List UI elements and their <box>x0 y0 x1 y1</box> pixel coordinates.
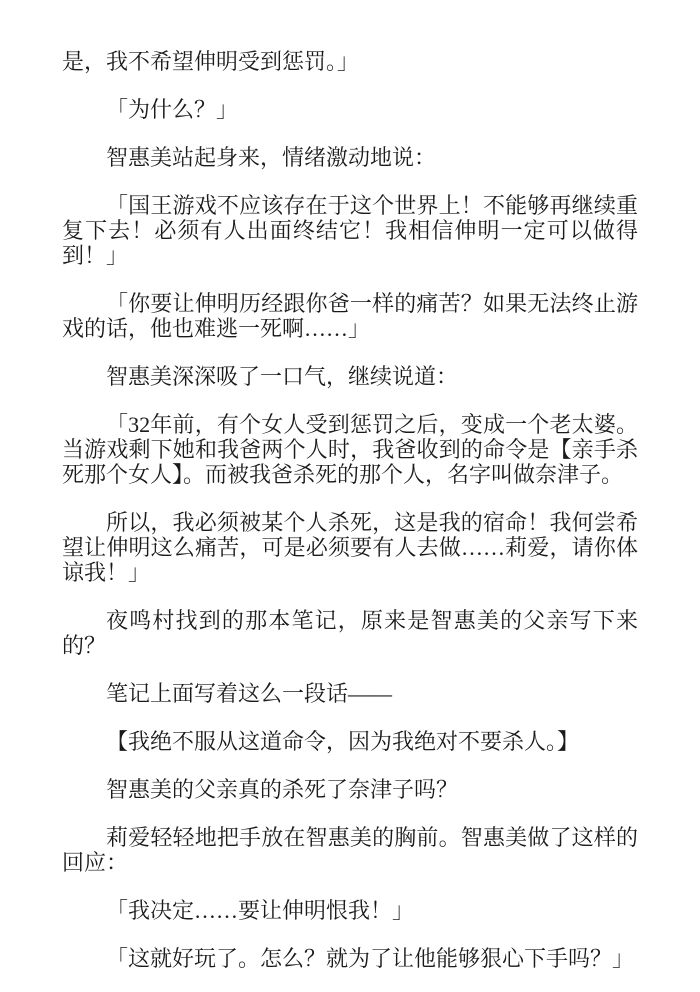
paragraph-narration-breath: 智惠美深深吸了一口气，继续说道： <box>62 364 638 389</box>
paragraph-notebook-quote: 【我绝不服从这道命令，因为我绝对不要杀人。】 <box>62 729 638 754</box>
paragraph-narration-notebook-intro: 笔记上面写着这么一段话—— <box>62 681 638 706</box>
paragraph-dialog-interesting: 「这就好玩了。怎么？就为了让他能够狠心下手吗？」 <box>62 946 638 971</box>
paragraph-narration-question: 智惠美的父亲真的杀死了奈津子吗？ <box>62 777 638 802</box>
paragraph-narration-chest: 莉爱轻轻地把手放在智惠美的胸前。智惠美做了这样的回应： <box>62 825 638 875</box>
paragraph-continuation: 是，我不希望伸明受到惩罚。」 <box>62 49 638 74</box>
paragraph-dialog-why: 「为什么？」 <box>62 97 638 122</box>
paragraph-dialog-32-years: 「32年前，有个女人受到惩罚之后，变成一个老太婆。当游戏剩下她和我爸两个人时，我… <box>62 412 638 487</box>
paragraph-narration-notebook: 夜鸣村找到的那本笔记，原来是智惠美的父亲写下来的？ <box>62 608 638 658</box>
paragraph-dialog-kings-game: 「国王游戏不应该存在于这个世界上！不能够再继续重复下去！必须有人出面终结它！我相… <box>62 193 638 268</box>
paragraph-dialog-hate-me: 「我决定……要让伸明恨我！」 <box>62 898 638 923</box>
paragraph-narration-standup: 智惠美站起身来，情绪激动地说： <box>62 145 638 170</box>
paragraph-dialog-fate: 所以，我必须被某个人杀死，这是我的宿命！我何尝希望让伸明这么痛苦，可是必须要有人… <box>62 510 638 585</box>
paragraph-dialog-suffering: 「你要让伸明历经跟你爸一样的痛苦？如果无法终止游戏的话，他也难逃一死啊……」 <box>62 291 638 341</box>
document-page: 是，我不希望伸明受到惩罚。」 「为什么？」 智惠美站起身来，情绪激动地说： 「国… <box>0 0 700 992</box>
